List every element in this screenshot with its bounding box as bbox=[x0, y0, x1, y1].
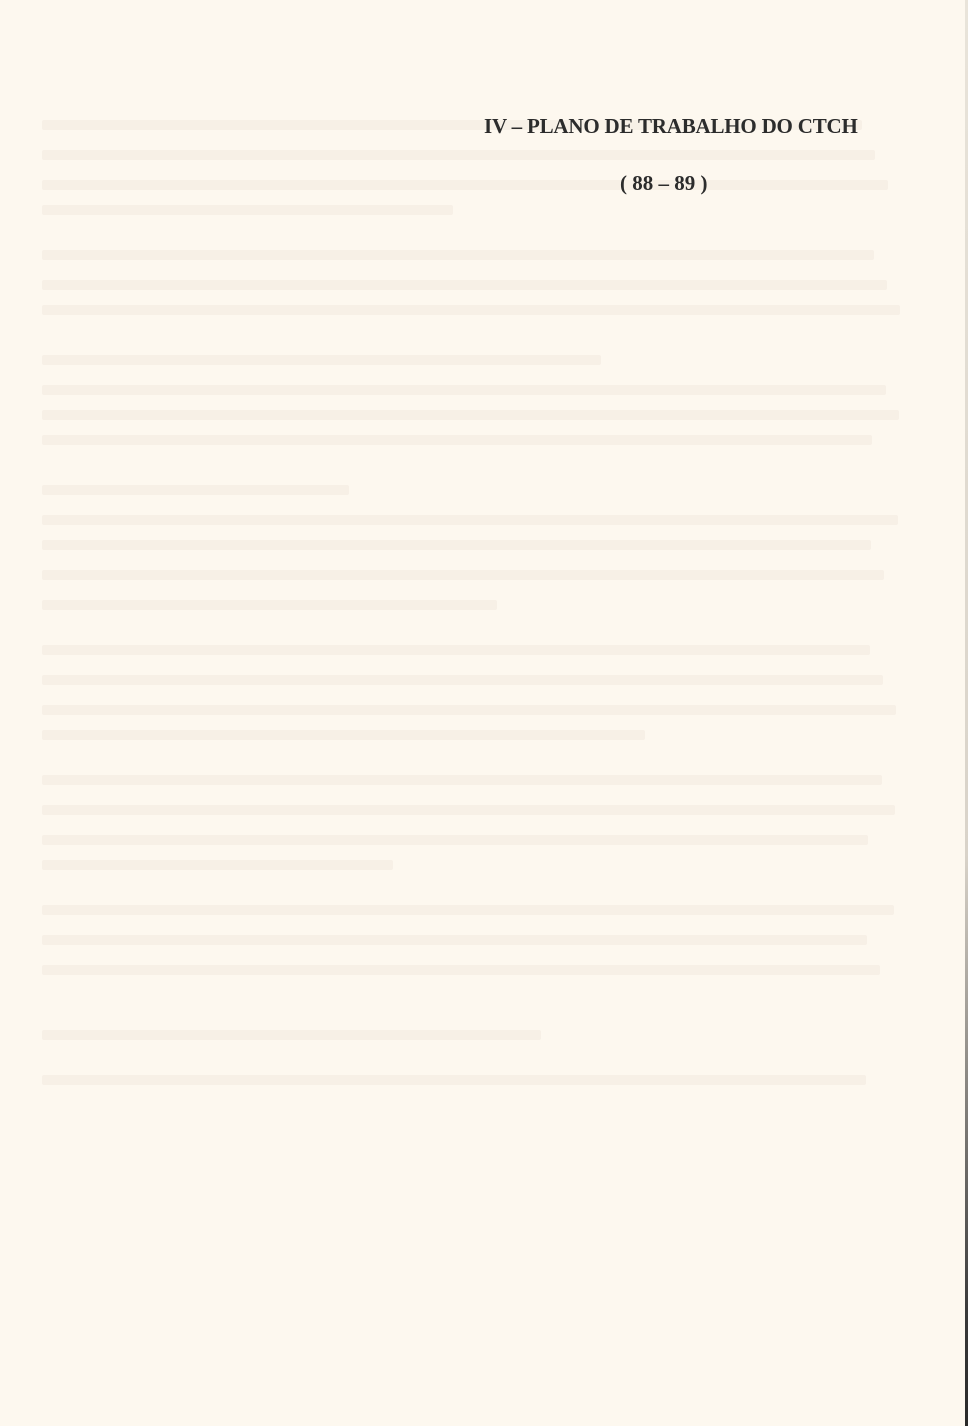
bleed-line bbox=[42, 150, 875, 160]
bleed-line bbox=[42, 705, 896, 715]
bleed-line bbox=[42, 540, 871, 550]
bleed-line bbox=[42, 305, 900, 315]
bleed-line bbox=[42, 905, 894, 915]
bleed-line bbox=[42, 835, 868, 845]
bleed-line bbox=[42, 730, 645, 740]
document-page: IV – PLANO DE TRABALHO DO CTCH ( 88 – 89… bbox=[0, 0, 968, 1426]
bleed-line bbox=[42, 205, 453, 215]
bleed-line bbox=[42, 250, 874, 260]
bleed-line bbox=[42, 515, 898, 525]
bleed-line bbox=[42, 645, 870, 655]
bleed-line bbox=[42, 675, 883, 685]
bleed-line bbox=[42, 965, 880, 975]
bleed-line bbox=[42, 1075, 866, 1085]
bleed-line bbox=[42, 435, 872, 445]
bleed-line bbox=[42, 355, 601, 365]
bleed-line bbox=[42, 410, 899, 420]
bleed-line bbox=[42, 935, 867, 945]
bleed-line bbox=[42, 280, 887, 290]
bleed-through-texture bbox=[42, 110, 902, 1110]
bleed-line bbox=[42, 775, 882, 785]
bleed-line bbox=[42, 600, 497, 610]
bleed-line bbox=[42, 570, 884, 580]
bleed-line bbox=[42, 1030, 541, 1040]
bleed-line bbox=[42, 860, 393, 870]
bleed-line bbox=[42, 180, 888, 190]
bleed-line bbox=[42, 485, 349, 495]
bleed-line bbox=[42, 385, 886, 395]
page-subtitle: ( 88 – 89 ) bbox=[620, 171, 708, 196]
page-title: IV – PLANO DE TRABALHO DO CTCH bbox=[484, 114, 858, 139]
bleed-line bbox=[42, 805, 895, 815]
